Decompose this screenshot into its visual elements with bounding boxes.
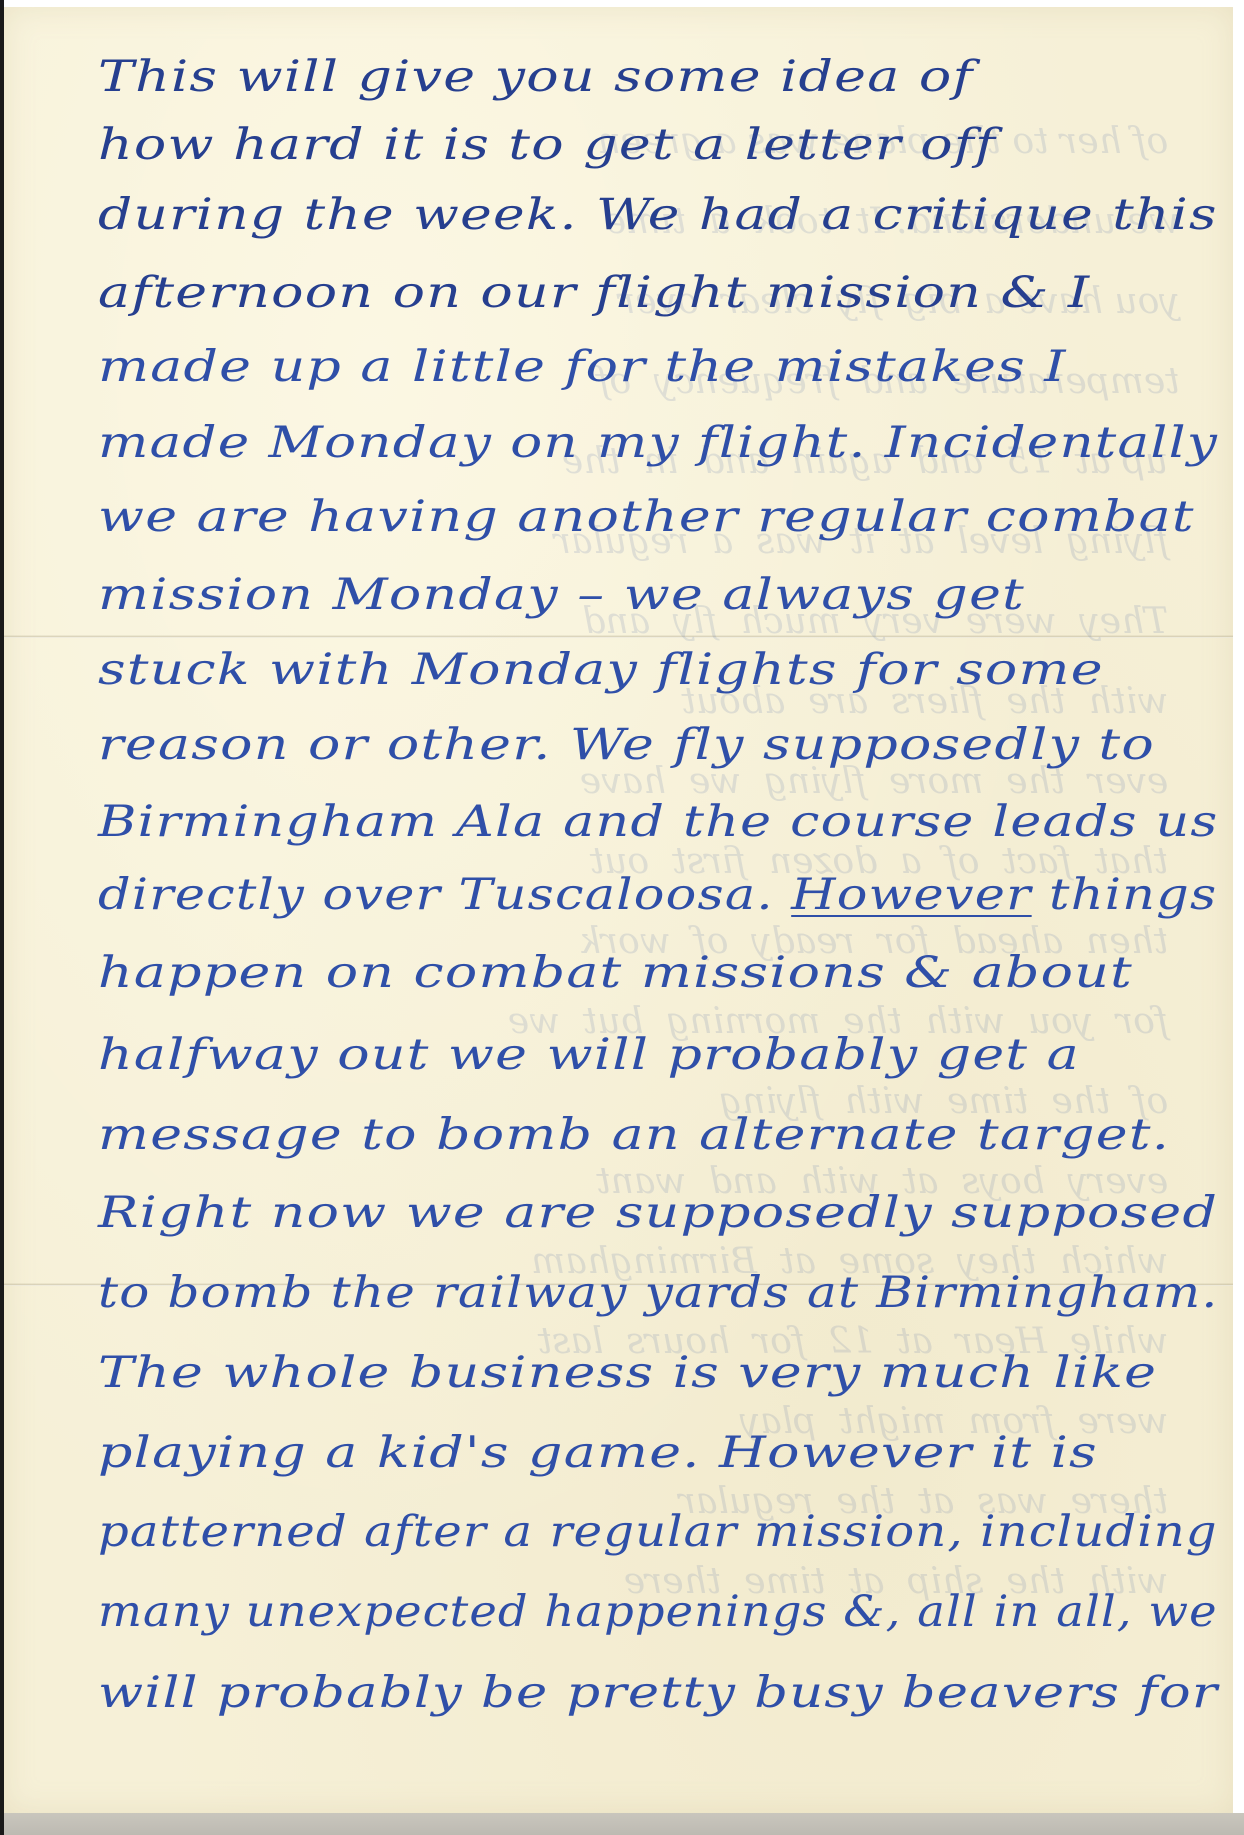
letter-line-13: happen on combat missions & about — [98, 948, 1133, 998]
letter-line-20: patterned after a regular mission, inclu… — [98, 1507, 1218, 1557]
sentence-directly-over-tuscaloosa: directly over Tuscaloosa. — [98, 870, 774, 920]
letter-line-21: many unexpected happenings &, all in all… — [98, 1587, 1218, 1637]
letter-line-12: directly over Tuscaloosa. However things — [98, 870, 1217, 920]
letter-line-9: stuck with Monday flights for some — [98, 645, 1104, 695]
letter-line-16: Right now we are supposedly supposed — [98, 1188, 1218, 1238]
word-things: things — [1049, 870, 1217, 920]
scan-right-margin — [1233, 0, 1244, 1813]
letter-line-2: how hard it is to get a letter off — [98, 120, 996, 170]
letter-line-3: during the week. We had a critique this — [98, 190, 1218, 240]
letter-line-7: we are having another regular combat — [98, 492, 1195, 542]
letter-line-10: reason or other. We fly supposedly to — [98, 720, 1155, 770]
letter-line-8: mission Monday – we always get — [98, 570, 1025, 620]
letter-line-17: to bomb the railway yards at Birmingham. — [98, 1268, 1218, 1318]
letter-line-22: will probably be pretty busy beavers for — [98, 1668, 1218, 1718]
underlined-word-however: However — [791, 870, 1031, 920]
letter-line-14: halfway out we will probably get a — [98, 1030, 1080, 1080]
letter-line-15: message to bomb an alternate target. — [98, 1110, 1170, 1160]
letter-line-5: made up a little for the mistakes I — [98, 342, 1067, 392]
letter-line-4: afternoon on our flight mission & I — [98, 268, 1090, 318]
letter-line-1: This will give you some idea of — [98, 52, 974, 102]
letter-line-6: made Monday on my flight. Incidentally — [98, 418, 1218, 468]
letter-line-18: The whole business is very much like — [98, 1348, 1157, 1398]
letter-line-11: Birmingham Ala and the course leads us — [98, 797, 1218, 847]
letter-line-19: playing a kid's game. However it is — [98, 1428, 1098, 1478]
scanner-background — [4, 1813, 1244, 1835]
paper-fold-line — [4, 635, 1233, 638]
